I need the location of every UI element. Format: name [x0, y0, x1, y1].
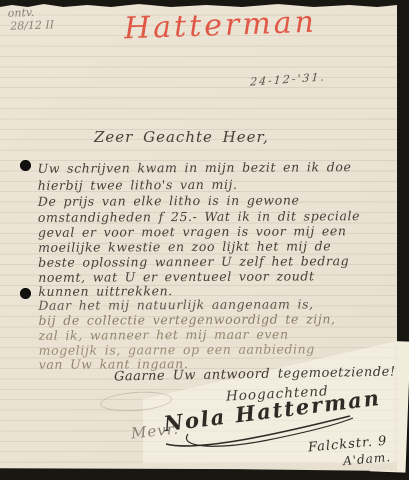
- letter-line: Uw schrijven kwam in mijn bezit en ik do…: [38, 159, 352, 176]
- letter-line: zal ik, wanneer het mij maar even: [38, 327, 288, 343]
- letter-line: hierbij twee litho's van mij.: [38, 177, 238, 193]
- punch-hole-top: [20, 160, 31, 171]
- letter-line: Daar het mij natuurlijk aangenaam is,: [38, 296, 313, 312]
- letter-line: noemt, wat U er eventueel voor zoudt: [38, 268, 314, 284]
- letter-line: bij de collectie vertegenwoordigd te zij…: [38, 311, 335, 328]
- letter-line: geval er voor moet vragen is voor mij ee…: [38, 223, 347, 240]
- letter-line: omstandigheden f 25.- Wat ik in dit spec…: [38, 208, 360, 225]
- letter-line: moeilijke kwestie en zoo lijkt het mij d…: [38, 238, 331, 255]
- letter-line: De prijs van elke litho is in gewone: [38, 192, 300, 208]
- punch-hole-bottom: [20, 288, 31, 299]
- scanned-letter: ontv. 28/12 II Hatterman 24-12-'31. Zeer…: [0, 0, 409, 480]
- letter-line: beste oplossing wanneer U zelf het bedra…: [38, 253, 349, 270]
